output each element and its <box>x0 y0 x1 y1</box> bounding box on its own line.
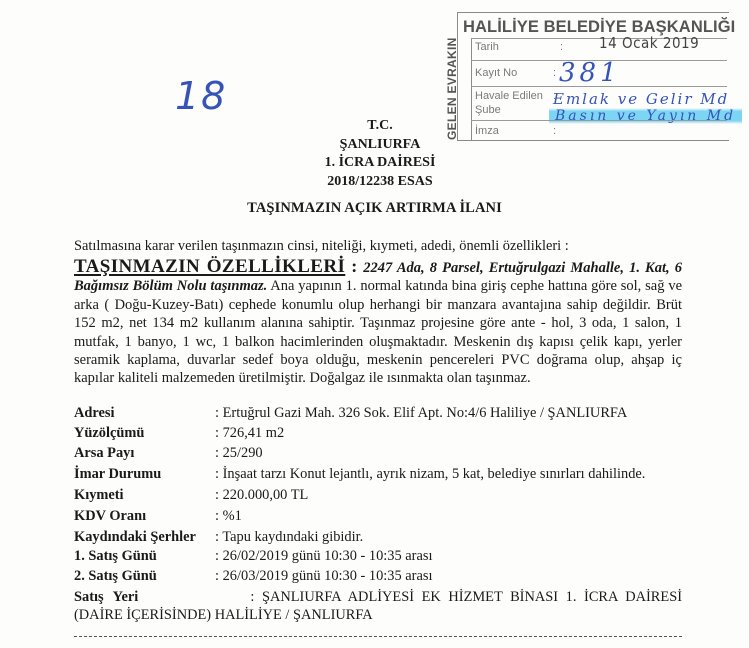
stamp-divider <box>471 38 472 140</box>
stamp-divider <box>471 86 727 87</box>
detail-key: Yüzölçümü <box>74 425 144 442</box>
stamp-divider <box>471 120 727 121</box>
dashed-separator <box>74 636 682 637</box>
stamp-label-branch: Şube <box>475 104 501 116</box>
stamp-branch-value-2: Basın ve Yayın Md <box>549 108 742 124</box>
detail-key: Adresi <box>74 405 115 422</box>
header-line: ŞANLIURFA <box>300 136 460 155</box>
detail-value: 26/03/2019 günü 10:30 - 10:35 arası <box>215 568 432 585</box>
detail-key: KDV Oranı <box>74 508 146 525</box>
sale-place-value-continued: (DAİRE İÇERİSİNDE) HALİLİYE / ŞANLIURFA <box>74 606 682 624</box>
stamp-record-no-value: 381 <box>559 58 621 88</box>
detail-key: 2. Satış Günü <box>74 568 157 585</box>
stamp-colon: : <box>553 67 556 79</box>
detail-value: %1 <box>215 508 242 525</box>
detail-key: Kıymeti <box>74 487 124 504</box>
stamp-label-signature: İmza <box>475 125 499 137</box>
detail-value: Tapu kaydındaki gibidir. <box>215 529 363 546</box>
detail-value: 25/290 <box>215 445 263 462</box>
sale-place-key: Satış Yeri <box>74 588 138 606</box>
header-line: T.C. <box>300 117 460 136</box>
detail-key: İmar Durumu <box>74 466 161 483</box>
sale-place-row: Satış Yeri : ŞANLIURFA ADLİYESİ EK HİZME… <box>74 588 682 606</box>
detail-value: Ertuğrul Gazi Mah. 326 Sok. Elif Apt. No… <box>215 405 627 422</box>
features-colon: : <box>345 256 363 276</box>
detail-value: 220.000,00 TL <box>215 487 308 504</box>
stamp-label-referred: Havale Edilen <box>475 90 543 102</box>
header-line: 1. İCRA DAİRESİ <box>300 154 460 173</box>
features-heading: TAŞINMAZIN ÖZELLİKLERİ <box>74 256 345 277</box>
detail-key: Kaydındaki Şerhler <box>74 529 196 546</box>
detail-key: 1. Satış Günü <box>74 548 157 565</box>
stamp-border <box>457 140 729 141</box>
detail-value: 26/02/2019 günü 10:30 - 10:35 arası <box>215 548 432 565</box>
features-description: Ana yapının 1. normal katında bina giriş… <box>74 278 682 386</box>
court-header: T.C. ŞANLIURFA 1. İCRA DAİRESİ 2018/1223… <box>300 117 460 191</box>
sale-place-value: : ŞANLIURFA ADLİYESİ EK HİZMET BİNASI 1.… <box>250 588 682 606</box>
sale-place: Satış Yeri : ŞANLIURFA ADLİYESİ EK HİZME… <box>74 588 682 624</box>
stamp-label-record-no: Kayıt No <box>475 67 517 79</box>
stamp-colon: : <box>553 125 556 137</box>
incoming-document-stamp: HALİLİYE BELEDİYE BAŞKANLIĞI GELEN EVRAK… <box>449 12 731 152</box>
stamp-date-value: 14 Ocak 2019 <box>599 34 699 52</box>
case-number: 2018/12238 ESAS <box>300 173 460 192</box>
detail-key: Arsa Payı <box>74 445 134 462</box>
document-title: TAŞINMAZIN AÇIK ARTIRMA İLANI <box>0 200 749 217</box>
intro-text: Satılmasına karar verilen taşınmazın cin… <box>74 238 569 255</box>
stamp-colon: : <box>560 41 563 53</box>
handwritten-page-number: 18 <box>175 74 227 118</box>
detail-value: 726,41 m2 <box>215 425 284 442</box>
stamp-label-date: Tarih <box>475 41 499 53</box>
detail-value: İnşaat tarzı Konut lejantlı, ayrık nizam… <box>215 466 645 483</box>
stamp-border <box>457 12 729 13</box>
stamp-branch-value-1: Emlak ve Gelir Md <box>553 90 729 108</box>
property-features-paragraph: TAŞINMAZIN ÖZELLİKLERİ : 2247 Ada, 8 Par… <box>74 257 682 388</box>
